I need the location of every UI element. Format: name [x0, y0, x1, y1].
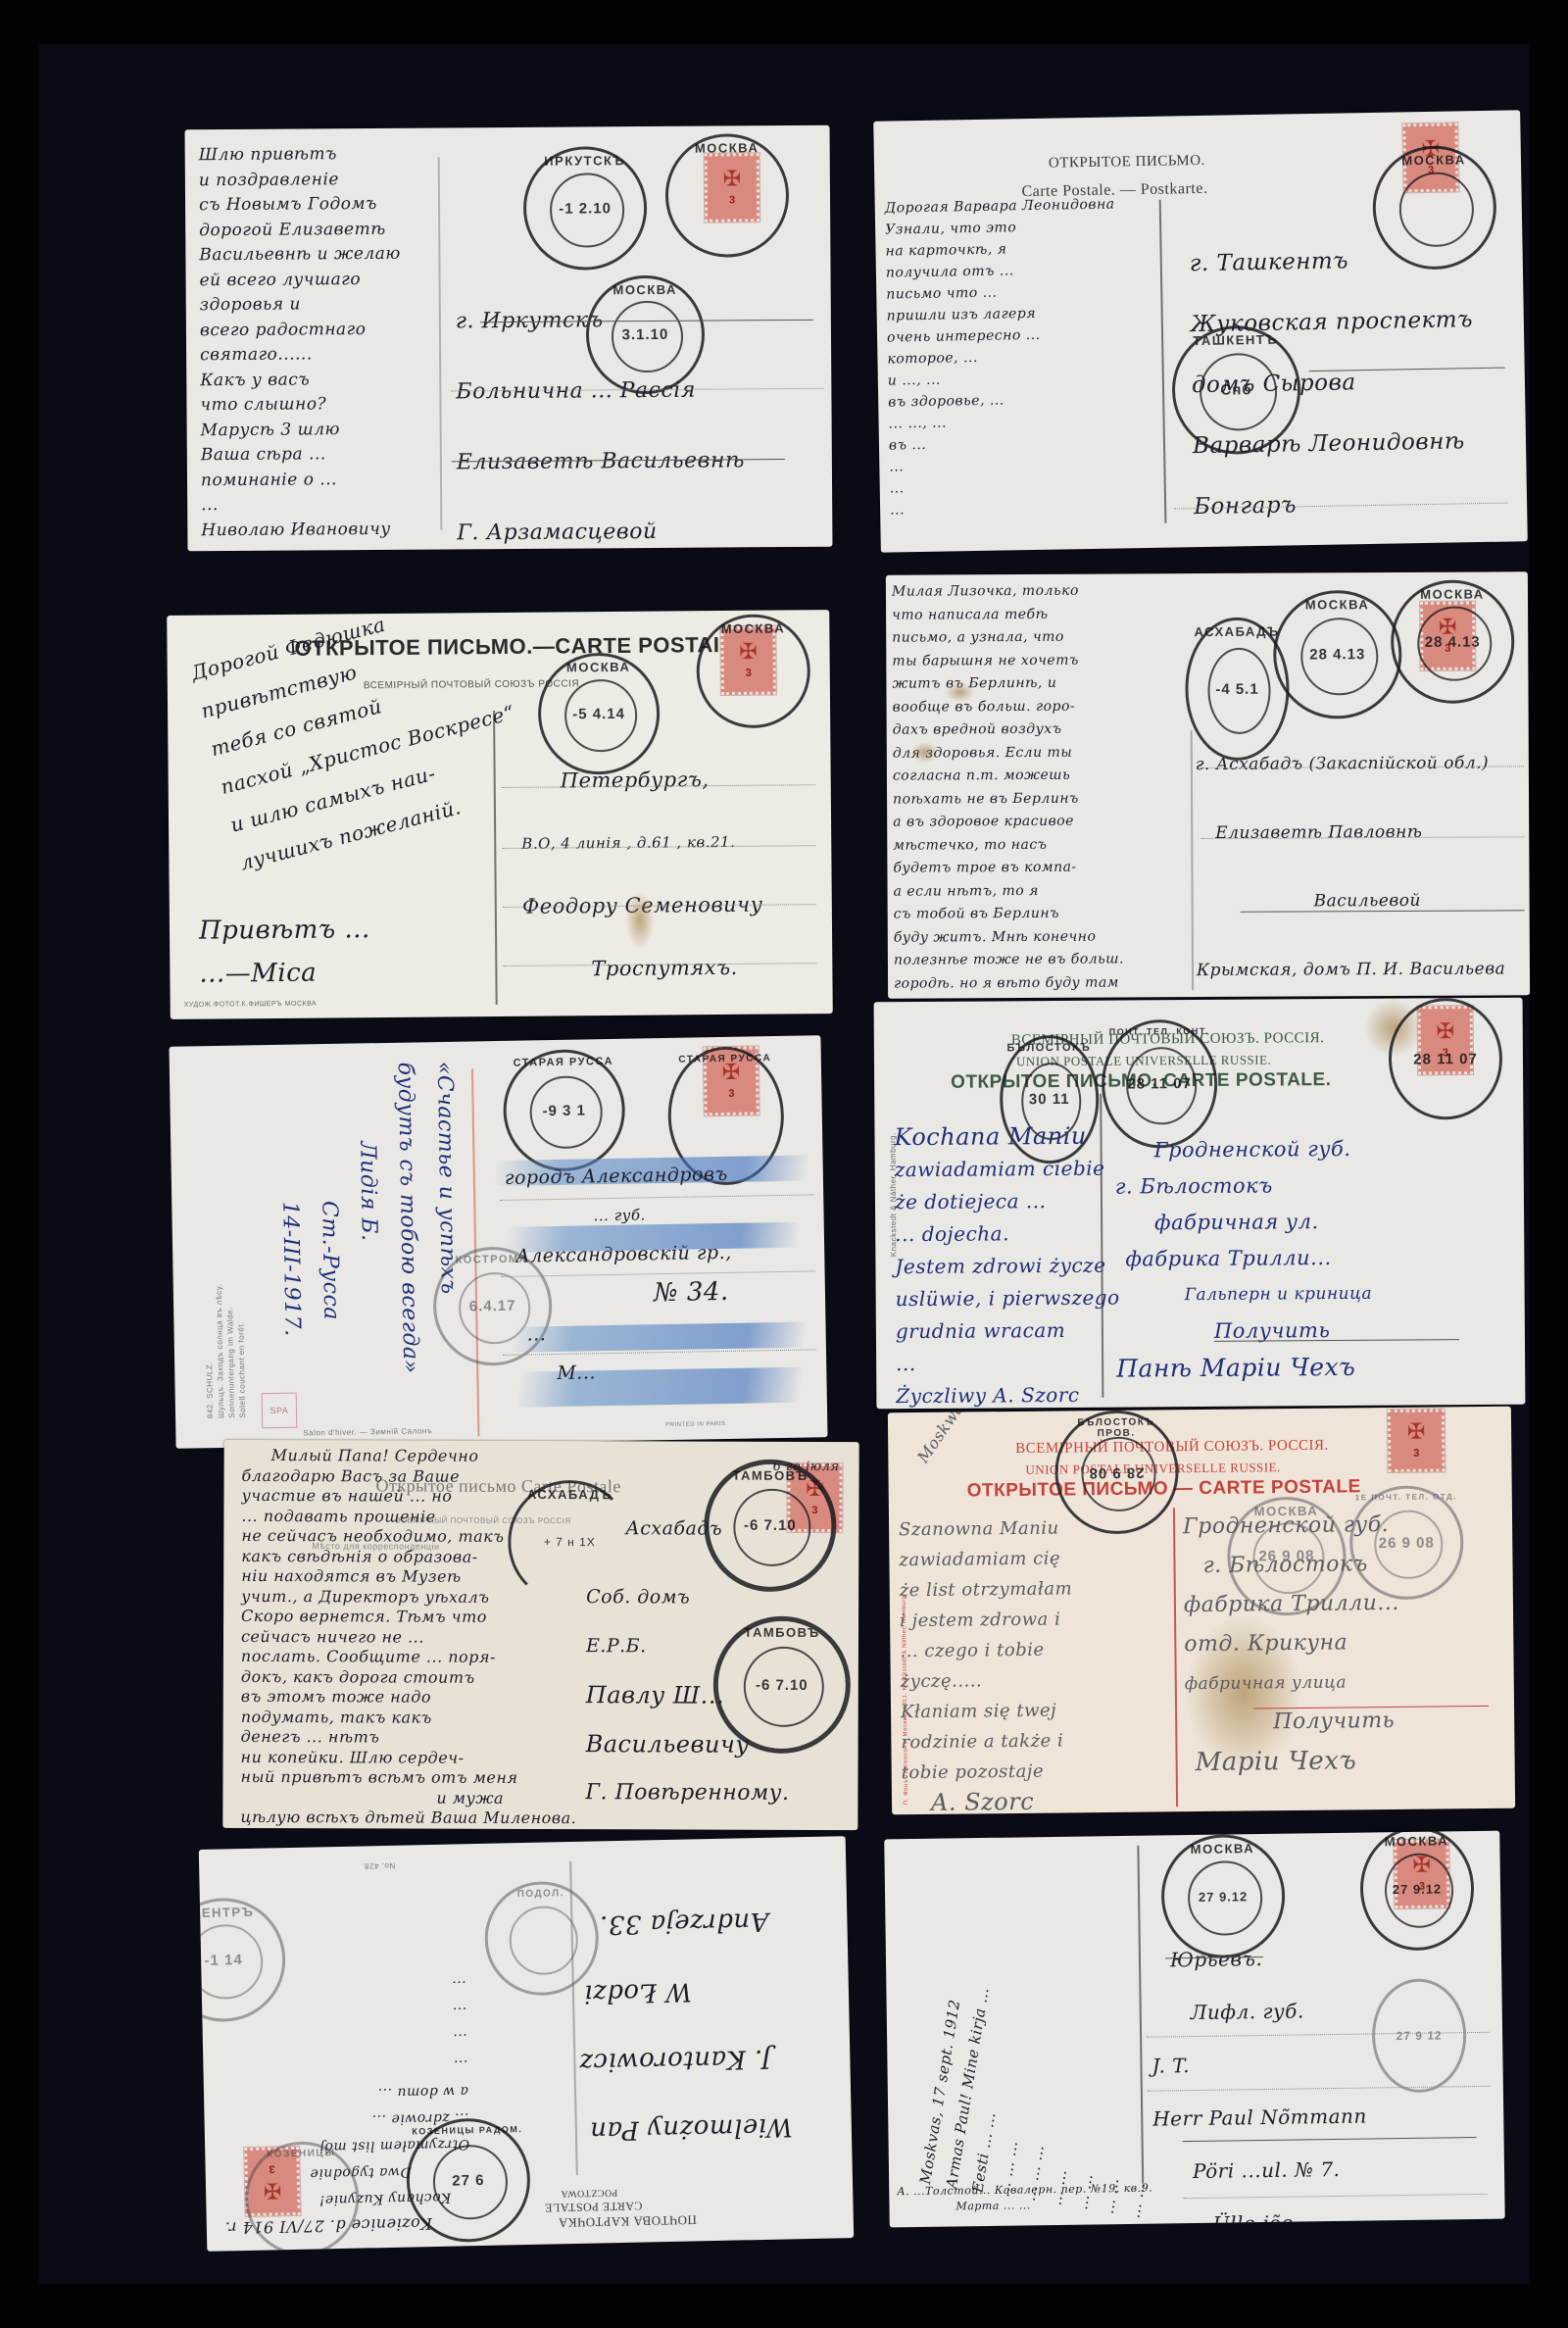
postmark: БЪЛОСТОКЪ ПРОВ. 28 9 08 [1054, 1410, 1179, 1534]
address-line: Pöri ...ul. № 7. [1153, 2143, 1368, 2199]
message-line: послать. Сообщите ... поря- [241, 1647, 577, 1668]
address-line: фабрика Трилли... [1184, 1584, 1399, 1625]
message-line: всего радостнаго [200, 317, 402, 343]
card-address: Юрьевъ. Лифл. губ. J. T. Herr Paul Nõmma… [1151, 1931, 1369, 2228]
message-line: въ этомъ тоже надо [241, 1687, 577, 1709]
message-line: дахъ вредной воздухъ [893, 718, 1123, 742]
address-line: Г. Повѣренному. [585, 1768, 838, 1818]
message-line: что написала тебѣ [892, 603, 1122, 627]
postmark-town: КОЗЕНИЦЫ [247, 2148, 355, 2160]
address-line: г. Бѣлостокъ [1115, 1167, 1372, 1206]
message-line: ты барышня не хочетъ [892, 649, 1122, 673]
address-line: фабрика Трилли... [1115, 1240, 1372, 1278]
postmark-town: КОЗЕНИЦЫ РАДОМ. [409, 2124, 526, 2137]
card-message: Дорогая Варвара Леонидовна Узнали, что э… [885, 194, 1121, 521]
address-line: W Łodzi [577, 1955, 830, 2028]
postmark-town: МОСКВА [668, 140, 786, 156]
postcard-7: Открытое письмо Carte Postale ВСЕМIРНЫЙ … [222, 1440, 858, 1830]
salon-imprint: Salon d'hiver. — Зимнiй Салонъ [303, 1426, 432, 1437]
message-line: будетъ трое въ компа- [893, 856, 1123, 880]
postmark-date: 28 9 08 [1089, 1463, 1145, 1481]
postmark-town: ПОДОЛ. [487, 1888, 595, 1901]
postcard-10: Moskvas, 17 sept. 1912 Armas Paul! Mine … [884, 1831, 1504, 2228]
card-address: г. Асхабадъ (Закаспійской обл.) Елизавет… [1196, 728, 1506, 998]
message-line: ни копейки. Шлю сердеч- [241, 1747, 577, 1768]
message-line: мѣстечко, то насъ [893, 833, 1123, 858]
postmark-town: ИРКУТСКЪ [526, 153, 644, 169]
card-header: ОТКРЫТОЕ ПИСЬМО. [1049, 153, 1205, 173]
postmark-town: ЦЕНТРЪ [199, 1904, 281, 1921]
message-line: ... czego i tobie [900, 1634, 1073, 1666]
postmark: МОСКВА [696, 614, 810, 728]
message-line: поѣхать не въ Берлинъ [893, 787, 1123, 812]
message-line: сейчасъ ничего не ... [241, 1626, 577, 1648]
card-message: Милая Лизочка, только что написала тебѣ … [892, 579, 1124, 995]
address-line: Васильевой [1196, 866, 1505, 936]
message-line: Jestem zdrowi życze [895, 1250, 1119, 1284]
address-line: Е.Р.Б. [586, 1621, 839, 1671]
message-line: Szanowna Maniu [899, 1512, 1072, 1545]
postmark-town: ПОЧТ. ТЕЛ. КОНТ. [1104, 1026, 1214, 1037]
postmark: ПОЧТ. ТЕЛ. КОНТ. 28 11 07 [1102, 1019, 1218, 1149]
postmark-date: 27 9.12 [1199, 1889, 1249, 1905]
message-line: благодарю Васъ за Ваше [242, 1465, 578, 1487]
address-line: Г. Арзамасцевой [457, 496, 745, 551]
card-divider [1159, 200, 1166, 523]
message-line: полезнѣе тоже не въ больш. [894, 948, 1124, 972]
postcard-2: ОТКРЫТОЕ ПИСЬМО. Carte Postale. — Postka… [873, 110, 1528, 552]
card-divider [1191, 730, 1194, 990]
postcard-6: ВСЕМIРНЫЙ ПОЧТОВЫЙ СОЮЗЪ. РОССIЯ. UNION … [874, 998, 1526, 1410]
message-line: письмо, а узнала, что [892, 625, 1122, 650]
card-message: Kochana Maniu zawiadamiam ciebie że doti… [894, 1120, 1120, 1410]
printed-in-paris: PRINTED IN PARIS [665, 1421, 725, 1428]
postmark-town: СТАРАЯ РУССА [670, 1053, 780, 1065]
message-line: że dotiejeca ... [895, 1185, 1119, 1219]
postcard-4: Милая Лизочка, только что написала тебѣ … [886, 571, 1530, 998]
postage-stamp: ✠ 3 [1388, 1409, 1445, 1472]
address-line: Петербургъ, [520, 748, 761, 813]
card-message: Шлю привѣтъ и поздравленіе съ Новымъ Год… [199, 142, 403, 543]
message-line: Шлю привѣтъ [199, 142, 401, 169]
postmark-town: СТАРАЯ РУССА [506, 1056, 621, 1069]
card-address: Гродненской губ. г. Бѣлостокъ фабричная … [1114, 1131, 1372, 1387]
card-address: Wielmożny Pan J. Kantorowicz W Łodzi And… [575, 1886, 832, 2165]
card-address: 6 го іюля Асхабадъ Соб. домъ Е.Р.Б. Павл… [585, 1449, 839, 1818]
message-line: A. Szorc [902, 1786, 1075, 1814]
postmark-date: -5 4.14 [572, 705, 625, 721]
postcard-1: Шлю привѣтъ и поздравленіе съ Новымъ Год… [185, 125, 833, 552]
message-line: а въ здоровое красивое [893, 810, 1123, 834]
address-line: Лифл. губ. [1151, 1984, 1365, 2040]
postcard-3: ОТКРЫТОЕ ПИСЬМО.—CARTE POSTAIE. ВСЕМIРНЫ… [167, 610, 833, 1019]
city-note: Moskwa [907, 1407, 974, 1471]
postmark-date: 28 4.13 [1309, 646, 1365, 663]
postcard-9: ПОЧТОВА КАРТОЧКА CARTE POSTALE POCZTOWA … [199, 1836, 854, 2252]
address-line: Асхабадъ [586, 1484, 839, 1573]
message-line: tobie pozostaje [902, 1756, 1075, 1788]
message-line: ный привѣтъ всѣмъ отъ меня [240, 1767, 576, 1789]
address-line: фабричная улица [1185, 1662, 1400, 1704]
postmark: 27 9 12 [1371, 1978, 1467, 2093]
postmark: СТАРАЯ РУССА -9 3 1 [503, 1049, 626, 1172]
message-line: Kochana Maniu [894, 1120, 1118, 1155]
message-line: Милый Папа! Сердечно [242, 1446, 578, 1467]
message-line: Васильевнѣ и желаю [199, 242, 401, 269]
message-line: ... dojecha. [895, 1217, 1119, 1252]
address-line: Получить [1116, 1313, 1373, 1351]
message-line: что слышно? [200, 392, 402, 419]
postmark: МОСКВА [665, 133, 790, 258]
postmark-date: 28 11 07 [1413, 1051, 1478, 1067]
postmark-date: 28 4.13 [1425, 633, 1481, 650]
message-line: и поздравленіе [199, 167, 401, 193]
card-address: г. Иркутскъ Больнична ... Рассія Елизаве… [456, 284, 746, 551]
message-line: Дорогая Варвара Леонидовна [885, 194, 1115, 220]
postmark-town: МОСКВА [1375, 152, 1493, 169]
postcard-8: ВСЕМIРНЫЙ ПОЧТОВЫЙ СОЮЗЪ. РОССIЯ. UNION … [888, 1407, 1515, 1815]
postmark: МОСКВА 28 4.13 [1391, 579, 1515, 704]
postmark-town: 1Е ПОЧТ. ТЕЛ. ОТД. [1352, 1492, 1460, 1502]
address-line: г. Асхабадъ (Закаспійской обл.) [1196, 728, 1505, 799]
address-line: Елизаветѣ Васильевнѣ [457, 425, 745, 498]
message-line: Życzliwy A. Szorc [896, 1379, 1120, 1410]
message-line: życzę..... [901, 1664, 1074, 1697]
address-line: J. Kantorowicz [578, 2023, 831, 2097]
message-line: ... [896, 1347, 1120, 1381]
postmark: ИРКУТСКЪ -1 2.10 [523, 146, 648, 271]
postmark-date: 27 9.12 [1393, 1881, 1443, 1897]
address-line: Гродненской губ. [1114, 1131, 1371, 1169]
postmark-town: МОСКВА [1276, 597, 1398, 613]
message-line: докъ, какъ дорога стоитъ [241, 1666, 577, 1688]
message-line: вообще въ больш. горо- [893, 695, 1123, 719]
message-line: цѣлую всѣхъ дѣтей Ваша Миленова. [240, 1808, 576, 1829]
postmark-date: -1 2.10 [559, 200, 612, 217]
card-address: Гродненской губ. г. Бѣлостокъ фабрика Тр… [1183, 1506, 1401, 1782]
postmark-date: -9 3 1 [542, 1102, 586, 1119]
postmark: 28 11 07 [1389, 998, 1503, 1120]
address-line: Варварѣ Леонидовнѣ [1193, 411, 1476, 476]
address-line: Панѣ Марiи Чехъ [1116, 1349, 1373, 1387]
card-message: Szanowna Maniu zawiadamiam cię że list o… [899, 1512, 1075, 1814]
address-line: J. T. [1151, 2037, 1366, 2093]
postcard-5: 842. SCHULZ. Шульцъ. Заходъ солнца въ лѣ… [169, 1035, 827, 1449]
signature-line: ...—Міса [199, 951, 370, 996]
address-line: г. Ташкентъ [1189, 228, 1472, 294]
postmark-date: 28 11 07 [1127, 1075, 1192, 1092]
message-line: согласна п.т. можешь [893, 764, 1123, 788]
card-divider [438, 157, 442, 529]
message-line: Какъ у васъ [200, 367, 402, 393]
message-line: Милая Лизочка, только [892, 579, 1122, 604]
card-caption: 842. SCHULZ. Шульцъ. Заходъ солнца въ лѣ… [203, 1283, 248, 1418]
postmark: МОСКВА 28 4.13 [1273, 590, 1402, 719]
postmark-town: МОСКВА [1394, 586, 1511, 602]
postmark: МОСКВА 27 9.12 [1359, 1831, 1475, 1952]
message-line: Лидія Б. [346, 1063, 391, 1374]
postmark-date: -1 14 [204, 1952, 243, 1969]
publisher-imprint: ХУДОЖ.ФОТОТ.К.ФИШЕРЪ МОСКВА [184, 1001, 318, 1009]
address-line: ... [507, 1312, 733, 1355]
address-line: Крымская, домъ П. И. Васильева [1197, 934, 1506, 998]
publisher-logo: SPA [262, 1393, 298, 1429]
message-line: подумать, такъ какъ [241, 1707, 577, 1728]
sender-footer: А. ...Толстой... Кавалерн. пер. №19, кв.… [897, 2181, 1152, 2216]
stain [625, 891, 656, 950]
postmark-date: 30 11 [1029, 1091, 1070, 1108]
address-line: Жуковская проспектъ [1190, 289, 1473, 355]
address-line: Соб. домъ [586, 1572, 839, 1622]
message-line: ... [201, 492, 403, 519]
message-line: Ниволаю Ивановичу [201, 517, 403, 543]
message-line: Скоро вернется. Тѣмъ что [241, 1607, 577, 1628]
message-line: здоровья и [200, 292, 402, 319]
address-line: Марiи Чехъ [1185, 1741, 1400, 1782]
message-line: ей всего лучшаго [199, 267, 401, 293]
message-line: съ Новымъ Годомъ [199, 192, 401, 219]
postmark-town: БЪЛОСТОКЪ ПРОВ. [1057, 1416, 1175, 1439]
card-signature: Привѣтъ ... ...—Міса [199, 908, 370, 996]
card-number: No. 428. [362, 1861, 395, 1871]
address-line: домъ Сырова [1191, 350, 1474, 416]
address-line: Herr Paul Nõmmann [1152, 2090, 1367, 2146]
address-line: 6 го іюля [587, 1449, 840, 1485]
eagle-emblem-icon: ✠ [1407, 1422, 1426, 1444]
address-line: г. Бѣлостокъ [1183, 1545, 1398, 1586]
message-line: и мужа [240, 1787, 576, 1808]
address-line: фабричная ул. [1115, 1204, 1372, 1242]
postmark-town: МОСКВА [1163, 1841, 1281, 1857]
address-line: Гродненской губ. [1183, 1506, 1398, 1547]
message-line: денегъ ... нѣтъ [241, 1727, 577, 1749]
postmark-town: МОСКВА [699, 620, 807, 636]
message-line: ... [890, 495, 1120, 520]
message-line: городѣ. но я вѣто буду там [894, 971, 1124, 996]
postmark: КОЗЕНИЦЫ [244, 2141, 360, 2252]
postmark-town: БЪЛОСТОКЪ [1003, 1042, 1096, 1055]
address-line: № 34. [507, 1272, 733, 1315]
message-line: буду житъ. Мнѣ конечно [894, 925, 1124, 950]
postmark-town: МОСКВА [541, 660, 657, 675]
address-line: отд. Крикуна [1184, 1623, 1399, 1664]
address-line: городъ Александровъ [505, 1155, 731, 1198]
message-line: Ст.-Русса [307, 1064, 352, 1375]
message-line: святаго...... [200, 342, 402, 369]
message-line: житъ въ Берлинѣ, и [892, 671, 1122, 696]
message-line: дорогой Елизаветѣ [199, 217, 401, 243]
address-line: Больнична ... Рассія [456, 355, 744, 427]
postmark-date: 27 6 [452, 2171, 485, 2189]
message-line: а если нѣтъ, то я [894, 879, 1124, 904]
message-line: поминаніе о ... [201, 467, 403, 493]
stain [945, 682, 974, 702]
card-divider [1173, 1508, 1178, 1807]
message-line: съ тобой въ Берлинъ [894, 902, 1124, 926]
address-line: Васильевичу [586, 1719, 839, 1769]
stamp-value: 3 [1413, 1448, 1419, 1460]
message-line: учит., а Директоръ уѣхалъ [241, 1586, 577, 1608]
postmark-date: -4 5.1 [1215, 680, 1258, 697]
address-line: Александровскій гр., [506, 1233, 732, 1276]
address-line: Wielmożny Pan [580, 2091, 833, 2164]
address-line: Andrzeja 33. [575, 1886, 828, 1959]
address-line: Елизаветѣ Павловнѣ [1196, 797, 1505, 867]
card-address: г. Ташкентъ Жуковская проспектъ домъ Сыр… [1189, 228, 1476, 537]
postmark-town: АСХАБАДЪ [1188, 624, 1286, 640]
message-line: Марусѣ 3 шлю [201, 417, 403, 443]
message-line: zawiadamiam cię [899, 1543, 1072, 1575]
message-line: rodzinie a także i [901, 1725, 1074, 1758]
message-line: 14-III-1917. [268, 1064, 313, 1375]
message-line: że list otrzymałam [900, 1573, 1073, 1606]
message-line: uslüwie, i pierwszego [896, 1282, 1120, 1316]
card-message: Дорогой Федюшка привѣтствую тебя со свят… [187, 610, 539, 882]
stain [911, 741, 939, 763]
message-line: grudnia wracam [896, 1314, 1120, 1349]
message-line: zawiadamiam ciebie [895, 1153, 1119, 1187]
postmark-town: МОСКВА [1362, 1833, 1470, 1850]
address-line: М... [508, 1351, 734, 1394]
postmark-date: 27 9 12 [1396, 2028, 1442, 2043]
message-line: Ваша сѣра ... [201, 442, 403, 469]
address-line: Павлу Ш... [586, 1670, 839, 1720]
message-line: будутъ съ тобою всегда» [385, 1062, 430, 1373]
message-line: Kłaniam się twej [901, 1695, 1074, 1727]
message-line: i jestem zdrowa i [900, 1604, 1073, 1636]
signature-line: Привѣтъ ... [199, 908, 370, 953]
address-line: ... губ. [505, 1194, 731, 1237]
address-line: Гальперн и криница [1116, 1276, 1373, 1314]
address-line: В.О, 4 линія , д.61 , кв.21. [521, 811, 762, 875]
